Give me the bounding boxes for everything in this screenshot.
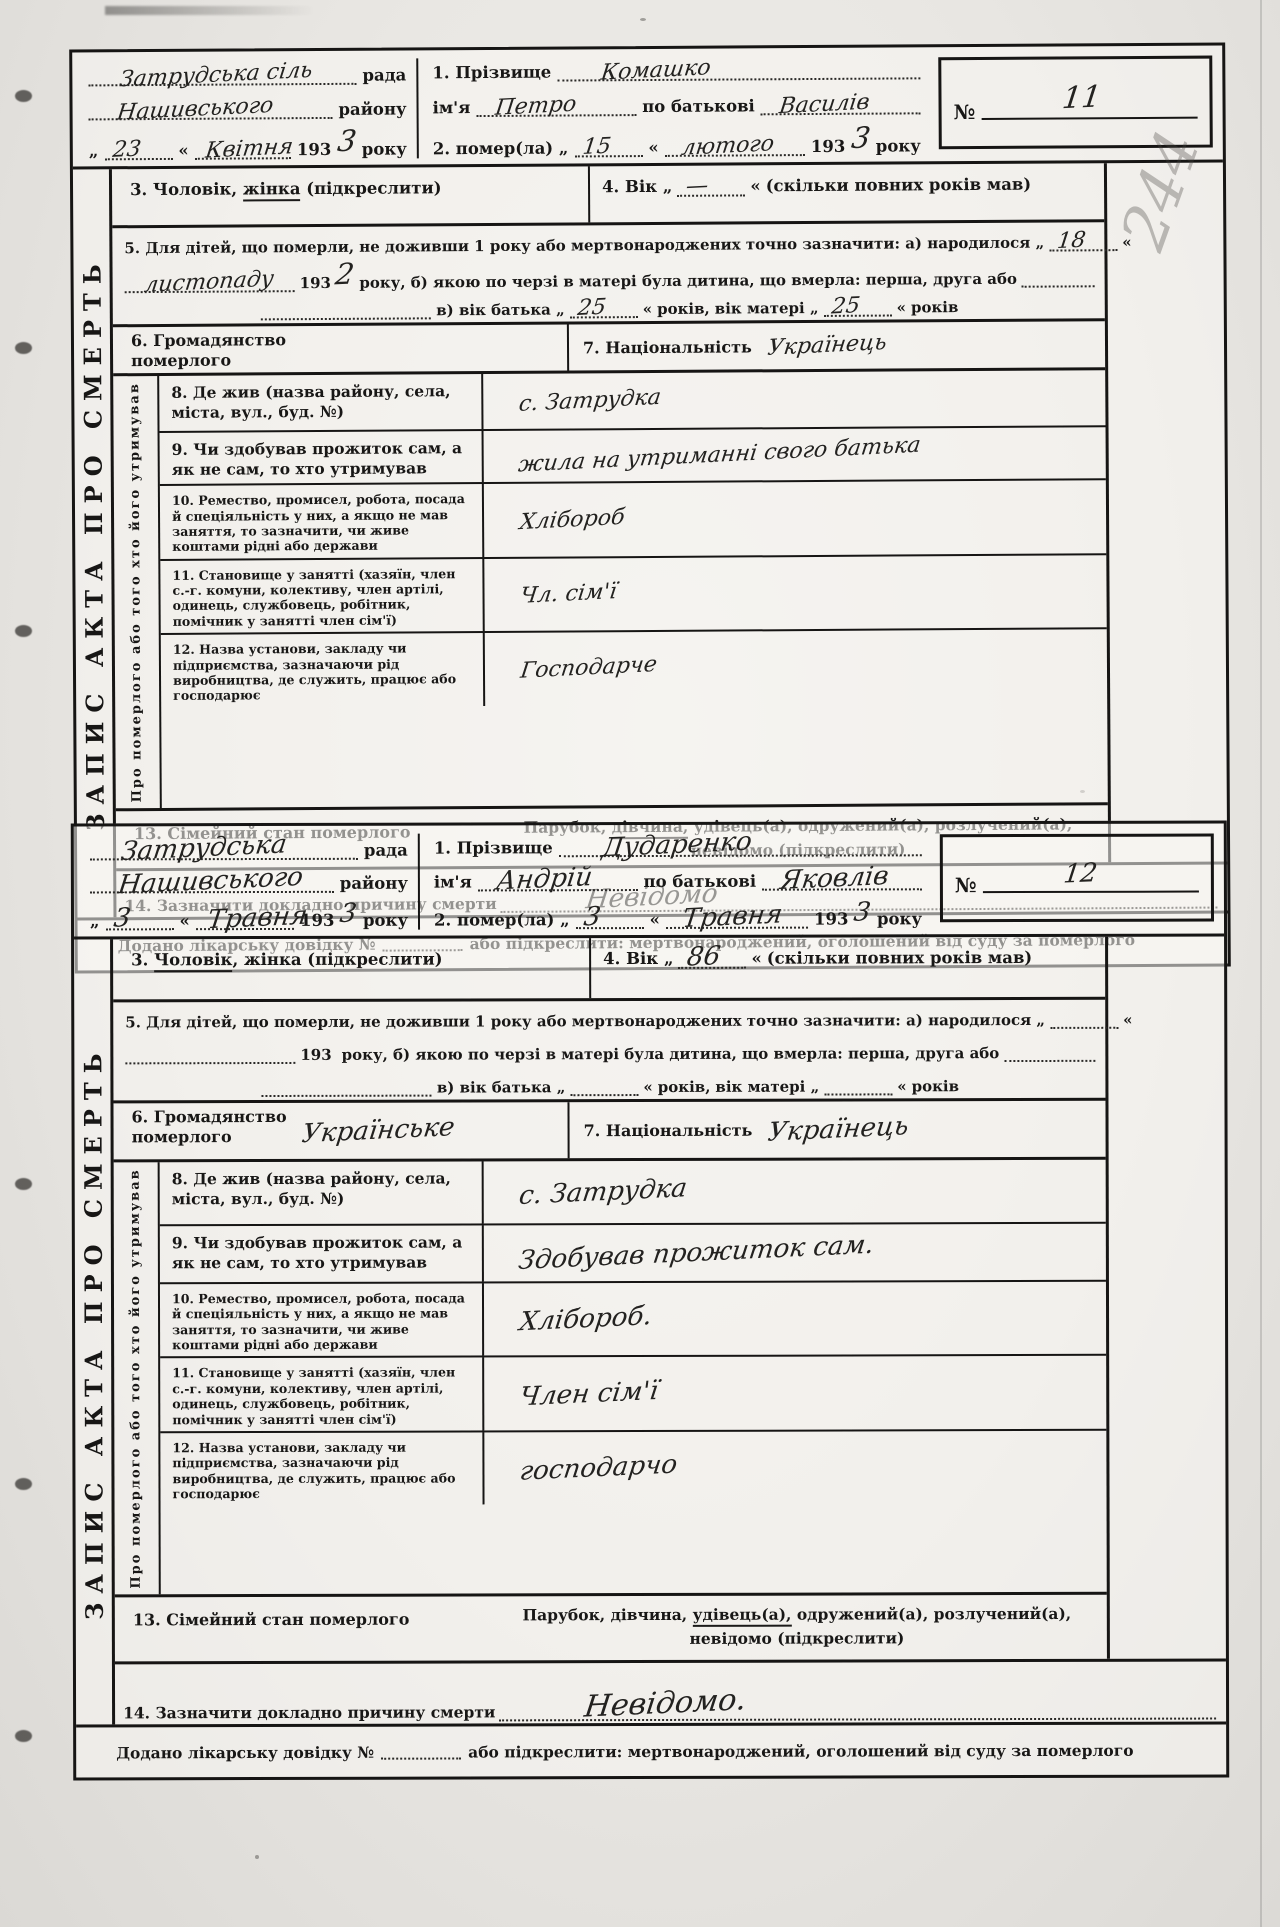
age-value: — [684, 175, 709, 198]
death-day-value: 15 [581, 136, 612, 159]
nationality-label: 7. Національність [584, 1120, 753, 1139]
record-number-box: № 11 [938, 56, 1213, 150]
sex-underlined: жінка [243, 179, 301, 201]
quote-close: « [643, 300, 652, 318]
birth-order-blank [1022, 265, 1095, 287]
citizenship-cell: 6. Громадянство померлого Українське [113, 1102, 569, 1159]
number-label: № [955, 873, 977, 897]
infant-line1: 5. Для дітей, що померли, не доживши 1 р… [125, 1007, 1095, 1032]
institution-value: Господарче [519, 654, 658, 683]
institution-label-text: 12. Назва установи, закладу чи підприємс… [172, 1440, 455, 1502]
form-upper: 3. Чоловік, жінка (підкреслити) 4. Вік „… [112, 162, 1227, 871]
rayon-value: Нашивського [116, 94, 275, 124]
infant-line3: в) вік батька „ 25 « років, вік матері „… [125, 293, 1095, 321]
rayon-line: Нашивського району [88, 96, 406, 120]
side-subtitle: Про померлого або того хто його утримува… [127, 382, 146, 802]
record-number-box: № 12 [940, 834, 1214, 923]
row-position: 11. Становище у занятті (хазяїн, член с.… [160, 1356, 1106, 1433]
number-value: 11 [1060, 82, 1102, 114]
nationality-value: Українець [766, 332, 888, 360]
quote-close: « [751, 949, 761, 968]
hole-punch [15, 342, 32, 354]
quote-close: « [897, 1077, 906, 1095]
firstname-blank: Петро [476, 94, 636, 117]
rada-label: рада [362, 65, 406, 84]
residence-label: 8. Де жив (назва району, села, міста, ву… [159, 374, 483, 431]
form-body: ЗАПИС АКТА ПРО СМЕРТЬ 3. Чоловік, жінка … [74, 936, 1226, 1724]
hole-punch [15, 1478, 32, 1490]
position-label-text: 11. Становище у занятті (хазяїн, член с.… [172, 566, 455, 629]
occupation-label: 10. Ремество, промисел, робота, посада й… [160, 484, 484, 558]
firstname-patronymic-line: ім'я Петро по батькові Василів [432, 92, 920, 117]
death-date-line: 2. помер(ла) „ 3 « Травня 193 3 року [434, 902, 922, 929]
rokiv-label: років, [657, 300, 710, 318]
number-line [982, 117, 1198, 120]
position-value: Член сім'ї [518, 1378, 660, 1410]
rada-value: Затрудська сіль [118, 60, 313, 92]
born-day-blank [1050, 1007, 1118, 1029]
patronymic-label: по батькові [642, 96, 755, 116]
sex-cell: 3. Чоловік, жінка (підкреслити) [112, 166, 590, 225]
infant-line2: 193 року, б) якою по черзі в матері була… [125, 1040, 1095, 1065]
block-deceased-details: Про померлого або того хто його утримува… [113, 370, 1108, 811]
registration-date-line: „ 23 « Квітня 193 3 року [89, 129, 407, 160]
detail-rows: 8. Де жив (назва району, села, міста, ву… [159, 370, 1108, 808]
roku-label: року [363, 911, 408, 930]
nationality-cell: 7. Національність Українець [569, 1101, 1105, 1158]
row-institution: 12. Назва установи, закладу чи підприємс… [160, 1431, 1106, 1506]
sex-underlined: Чоловік [154, 950, 232, 972]
row-sex-age: 3. Чоловік, жінка (підкреслити) 4. Вік „… [112, 163, 1104, 228]
surname-line: 1. Прізвище Комашко [432, 57, 920, 82]
infant-line2: листопаду 193 2 року, б) якою по черзі в… [124, 258, 1094, 293]
residence-value: с. Затрудка [517, 1175, 688, 1209]
certificate-number-blank [381, 1744, 461, 1760]
rada-blank: Затрудська сіль [88, 63, 356, 87]
side-subtitle: Про померлого або того хто його утримува… [127, 1168, 145, 1588]
year-193-label: 193 [300, 273, 331, 291]
infant-line1: 5. Для дітей, що померли, не доживши 1 р… [124, 229, 1094, 257]
nationality-label: 7. Національність [583, 337, 752, 357]
roku-label: року [877, 909, 922, 928]
mother-age-blank: 25 [823, 295, 891, 317]
occupation-label: 10. Ремество, промисел, робота, посада й… [160, 1283, 484, 1356]
institution-label: 12. Назва установи, закладу чи підприємс… [160, 1432, 484, 1505]
cause-label: 14. Зазначити докладно причину смерти [123, 1703, 495, 1723]
quote-close: « [178, 141, 188, 160]
surname-label: 1. Прізвище [432, 63, 551, 83]
row-marital-status: 13. Сімейний стан померлого Парубок, дів… [115, 1595, 1107, 1662]
position-value-cell: Член сім'ї [484, 1356, 1106, 1430]
death-date-label: 2. помер(ла) „ [434, 910, 570, 929]
mother-age-label: вік матері „ [715, 299, 819, 318]
form-header: Затрудська рада Нашивського району „ 3 «… [74, 823, 1224, 939]
occupation-value-cell: Хлібороб [484, 480, 1106, 556]
livelihood-label-text: 9. Чи здобував прожиток сам, а як не сам… [172, 438, 463, 479]
quote-close: « [643, 1078, 652, 1096]
right-margin-column [1104, 162, 1227, 862]
rada-value: Затрудська [120, 831, 289, 865]
header-registration-block: Затрудська сіль рада Нашивського району … [72, 58, 419, 160]
reg-month-blank: Травня [196, 908, 294, 930]
age-hint-label: (скільки повних років мав) [766, 175, 1032, 196]
residence-label-text: 8. Де жив (назва району, села, міста, ву… [172, 1169, 451, 1209]
form-rows: 3. Чоловік, жінка (підкреслити) 4. Вік „… [113, 937, 1107, 1662]
paper-speck [255, 1855, 259, 1859]
father-age-label: в) вік батька „ [437, 1078, 566, 1096]
reg-day-blank: 3 [105, 908, 173, 930]
reg-month-value: Травня [206, 903, 309, 934]
firstname-blank: Андрій [478, 869, 638, 891]
rayon-label: району [338, 99, 406, 118]
marital-label: 13. Сімейний стан померлого [115, 1597, 487, 1662]
occupation-value: Хлібороб [518, 506, 626, 533]
livelihood-value-cell: жила на утриманні свого батька [484, 427, 1106, 482]
infant-label-2: року, б) якою по черзі в матері була дит… [342, 1044, 1000, 1064]
infant-label-1: 5. Для дітей, що померли, не доживши 1 р… [125, 1011, 1045, 1031]
roku-label: року [876, 136, 921, 155]
nationality-value: Українець [766, 1113, 910, 1145]
death-act-form: Затрудська рада Нашивського району „ 3 «… [71, 820, 1230, 1780]
occupation-label-text: 10. Ремество, промисел, робота, посада й… [172, 1290, 465, 1352]
position-value: Чл. сім'ї [519, 581, 618, 608]
form-body: ЗАПИС АКТА ПРО СМЕРТЬ 3. Чоловік, жінка … [73, 162, 1228, 917]
firstname-label: ім'я [434, 872, 472, 891]
citizenship-label-line2: померлого [131, 350, 286, 371]
citizenship-label-line2: померлого [132, 1127, 287, 1147]
cause-blank: Невідомо. [499, 1696, 1216, 1722]
year-193-label: 193 [300, 1046, 331, 1064]
reg-month-blank: Квітня [195, 137, 291, 160]
firstname-patronymic-line: ім'я Андрій по батькові Яковлів [434, 868, 922, 891]
reg-day-value: 3 [112, 905, 132, 932]
row-occupation: 10. Ремество, промисел, робота, посада й… [160, 480, 1106, 560]
scan-smudge [105, 6, 405, 15]
surname-value: Дударенко [600, 829, 753, 862]
rada-line: Затрудська сіль рада [88, 62, 406, 86]
patronymic-label: по батькові [644, 872, 757, 891]
born-day-blank: 18 [1049, 229, 1117, 251]
row-institution: 12. Назва установи, закладу чи підприємс… [161, 629, 1107, 707]
reg-day-value: 23 [111, 138, 142, 161]
row-cause-of-death: 14. Зазначити докладно причину смерти Не… [115, 1662, 1226, 1725]
citizenship-cell: 6. Громадянство померлого [113, 324, 569, 373]
residence-value-cell: с. Затрудка [483, 370, 1105, 429]
livelihood-label: 9. Чи здобував прожиток сам, а як не сам… [160, 1225, 484, 1282]
surname-blank: Комашко [557, 57, 920, 81]
quote-close: « [750, 176, 760, 195]
father-age-label: в) вік батька „ [436, 301, 565, 320]
livelihood-value: жила на утриманні свого батька [517, 434, 922, 476]
death-month-blank: лютого [665, 134, 805, 157]
hole-punch [15, 1178, 32, 1190]
institution-label: 12. Назва установи, закладу чи підприємс… [161, 633, 485, 707]
sex-label-after: (підкреслити) [300, 178, 441, 198]
row-livelihood: 9. Чи здобував прожиток сам, а як не сам… [160, 427, 1106, 486]
residence-label: 8. Де жив (назва району, села, міста, ву… [160, 1161, 484, 1224]
year-193-label: 193 [811, 137, 846, 156]
infant-label-1: 5. Для дітей, що померли, не доживши 1 р… [124, 234, 1044, 258]
livelihood-label-text: 9. Чи здобував прожиток сам, а як не сам… [172, 1232, 462, 1272]
quote-open: „ [90, 911, 100, 930]
row-infant-details: 5. Для дітей, що померли, не доживши 1 р… [112, 222, 1105, 327]
quote-close: « [897, 298, 906, 316]
row-infant-details: 5. Для дітей, що померли, не доживши 1 р… [113, 1000, 1105, 1104]
row-position: 11. Становище у занятті (хазяїн, член с.… [160, 555, 1106, 635]
age-blank: 86 [678, 949, 746, 969]
sex-cell: 3. Чоловік, жінка (підкреслити) [113, 938, 591, 999]
marital-line2: невідомо (підкреслити) [495, 1626, 1099, 1652]
institution-value: господарчо [518, 1452, 679, 1485]
born-year-digit: 2 [334, 259, 356, 289]
cause-value: Невідомо. [583, 1686, 748, 1723]
nationality-cell: 7. Національність Українець [569, 321, 1105, 370]
reg-day-blank: 23 [104, 138, 172, 160]
quote-open: „ [89, 141, 99, 160]
residence-label-text: 8. Де жив (назва району, села, міста, ву… [171, 381, 450, 422]
occupation-value: Хлібороб. [518, 1303, 654, 1335]
born-month-blank: листопаду [125, 270, 295, 293]
death-month-value: Травня [681, 902, 784, 933]
infant-label-2: року, б) якою по черзі в матері була дит… [359, 269, 1017, 291]
mother-age-blank [824, 1073, 892, 1095]
right-margin-column [1105, 936, 1226, 1659]
row-sex-age: 3. Чоловік, жінка (підкреслити) 4. Вік „… [113, 937, 1105, 1003]
sub-gutter: Про померлого або того хто його утримува… [114, 1162, 161, 1594]
row-occupation: 10. Ремество, промисел, робота, посада й… [160, 1282, 1106, 1359]
side-gutter: ЗАПИС АКТА ПРО СМЕРТЬ [74, 939, 115, 1724]
row-residence: 8. Де жив (назва району, села, міста, ву… [160, 1160, 1106, 1226]
patronymic-blank: Василів [761, 92, 921, 115]
mother-age-label: вік матері „ [715, 1078, 819, 1096]
detail-rows: 8. Де жив (назва району, села, міста, ву… [160, 1160, 1107, 1595]
born-day-value: 18 [1056, 230, 1087, 253]
form-main: 3. Чоловік, жінка (підкреслити) 4. Вік „… [113, 936, 1226, 1724]
citizenship-label: 6. Громадянство померлого [113, 326, 294, 373]
rada-blank: Затрудська [90, 838, 358, 861]
death-month-value: лютого [680, 133, 775, 160]
rokiv-label: років [911, 298, 959, 316]
position-label-text: 11. Становище у занятті (хазяїн, член с.… [172, 1365, 455, 1427]
side-title: ЗАПИС АКТА ПРО СМЕРТЬ [77, 256, 110, 832]
row-livelihood: 9. Чи здобував прожиток сам, а як не сам… [160, 1224, 1106, 1284]
age-cell: 4. Вік „ — « (скільки повних років мав) [590, 163, 1104, 222]
reg-year-digit: 3 [335, 126, 357, 156]
sub-gutter: Про померлого або того хто його утримува… [113, 376, 162, 809]
quote-close: « [648, 138, 658, 157]
death-date-label: 2. помер(ла) „ [433, 138, 569, 158]
scanned-page: 244 Затрудська сіль рада Нашивського рай… [0, 0, 1280, 1927]
surname-label: 1. Прізвище [434, 838, 553, 857]
age-cell: 4. Вік „ 86 « (скільки повних років мав) [591, 937, 1105, 998]
number-label: № [954, 100, 976, 124]
rada-line: Затрудська рада [90, 838, 408, 861]
citizenship-value-cell: Українське [295, 1102, 568, 1159]
block-deceased-details: Про померлого або того хто його утримува… [114, 1160, 1107, 1598]
livelihood-value-cell: Здобував прожиток сам. [484, 1224, 1106, 1282]
side-title: ЗАПИС АКТА ПРО СМЕРТЬ [78, 1044, 109, 1620]
firstname-value: Петро [494, 93, 578, 119]
lead-blank [262, 1075, 432, 1097]
position-label: 11. Становище у занятті (хазяїн, член с.… [160, 559, 484, 633]
death-month-blank: Травня [666, 907, 808, 929]
header-registration-block: Затрудська рада Нашивського району „ 3 «… [74, 834, 420, 931]
patronymic-value: Василів [778, 91, 871, 117]
death-day-value: 3 [582, 904, 602, 931]
hole-punch [15, 90, 32, 102]
marital-before: Парубок, дівчина, [522, 1605, 692, 1624]
roku-label: року [362, 139, 407, 158]
year-193-label: 193 [297, 140, 332, 159]
citizenship-value-cell [294, 325, 567, 373]
death-day-blank: 15 [574, 135, 642, 157]
firstname-label: ім'я [432, 98, 470, 117]
rokiv-label: років [912, 1077, 960, 1095]
footer-label-post: або підкреслити: мертвонароджений, оголо… [468, 1741, 1134, 1762]
lead-blank [261, 297, 431, 320]
sex-label-after: , жінка (підкреслити) [232, 950, 442, 970]
rayon-line: Нашивського району [90, 871, 408, 894]
age-blank: — [677, 176, 745, 196]
rayon-blank: Нашивського [88, 96, 332, 119]
born-month-value: листопаду [143, 268, 275, 296]
age-label: 4. Вік „ [603, 949, 673, 968]
sex-label-before: 3. [131, 950, 154, 969]
row-residence: 8. Де жив (назва району, села, міста, ву… [159, 370, 1105, 433]
year-193-label: 193 [814, 909, 849, 928]
form-upper: 3. Чоловік, жінка (підкреслити) 4. Вік „… [113, 936, 1226, 1664]
institution-value-cell: Господарче [485, 629, 1107, 705]
position-value-cell: Чл. сім'ї [484, 555, 1106, 631]
reg-year-digit: 3 [339, 900, 359, 927]
side-gutter: ЗАПИС АКТА ПРО СМЕРТЬ [73, 169, 117, 918]
age-hint-label: (скільки повних років мав) [767, 948, 1033, 968]
citizenship-label: 6. Громадянство померлого [113, 1103, 294, 1159]
sex-label-before: 3. Чоловік, [130, 179, 243, 199]
quote-close: « [179, 911, 189, 930]
death-record-2: Затрудська рада Нашивського району „ 3 «… [72, 822, 1228, 1779]
form-main: 3. Чоловік, жінка (підкреслити) 4. Вік „… [112, 162, 1228, 917]
livelihood-label: 9. Чи здобував прожиток сам, а як не сам… [160, 431, 484, 484]
quote-close: « [650, 910, 660, 929]
occupation-label-text: 10. Ремество, промисел, робота, посада й… [172, 491, 465, 554]
form-header: Затрудська сіль рада Нашивського району … [72, 45, 1223, 169]
rokiv-label: років, [658, 1078, 711, 1096]
hole-punch [15, 625, 32, 637]
form-footer: Додано лікарську довідку № або підкресли… [76, 1722, 1226, 1778]
position-label: 11. Становище у занятті (хазяїн, член с.… [160, 1358, 484, 1431]
number-value: 12 [1062, 860, 1099, 888]
institution-label-text: 12. Назва установи, закладу чи підприємс… [173, 641, 456, 704]
rayon-label: району [340, 874, 408, 893]
mother-age-value: 25 [830, 295, 861, 318]
age-value: 86 [685, 943, 722, 971]
footer-label-pre: Додано лікарську довідку № [116, 1743, 374, 1763]
patronymic-value: Яковлів [779, 863, 890, 894]
death-year-digit: 3 [853, 899, 873, 926]
death-year-digit: 3 [849, 123, 871, 153]
livelihood-value: Здобував прожиток сам. [517, 1232, 875, 1274]
occupation-value-cell: Хлібороб. [484, 1282, 1106, 1356]
registration-date-line: „ 3 « Травня 193 3 року [90, 904, 408, 931]
death-day-blank: 3 [576, 907, 644, 929]
paper-speck [640, 18, 646, 21]
citizenship-label-line1: 6. Громадянство [131, 1107, 286, 1127]
scan-edge-line [1260, 0, 1262, 1927]
infant-line3: в) вік батька „ « років, вік матері „ « … [125, 1073, 1095, 1098]
surname-line: 1. Прізвище Дударенко [434, 834, 922, 857]
marital-after: одружений(а), розлучений(а), [791, 1604, 1071, 1624]
residence-value-cell: с. Затрудка [484, 1160, 1106, 1224]
hole-punch [15, 1730, 32, 1742]
born-month-blank [125, 1042, 295, 1064]
surname-value: Комашко [599, 57, 711, 84]
surname-blank: Дударенко [559, 834, 922, 857]
form-rows: 3. Чоловік, жінка (підкреслити) 4. Вік „… [112, 163, 1108, 868]
citizenship-value: Українське [300, 1114, 456, 1147]
age-label: 4. Вік „ [602, 177, 672, 196]
marital-underlined: удівець(а), [693, 1605, 792, 1627]
marital-options: Парубок, дівчина, удівець(а), одружений(… [487, 1595, 1107, 1661]
rada-label: рада [364, 841, 408, 860]
rayon-blank: Нашивського [90, 871, 334, 894]
father-age-blank: 25 [570, 296, 638, 318]
patronymic-blank: Яковлів [762, 868, 922, 890]
birth-order-blank [1004, 1040, 1095, 1062]
father-age-blank [570, 1074, 638, 1096]
reg-month-value: Квітня [204, 136, 294, 162]
firstname-value: Андрій [495, 864, 594, 894]
row-citizenship-nationality: 6. Громадянство померлого Українське 7. … [113, 1101, 1105, 1163]
citizenship-label-line1: 6. Громадянство [131, 330, 286, 351]
father-age-value: 25 [576, 297, 607, 320]
marital-label-text: 13. Сімейний стан померлого [133, 1610, 410, 1630]
residence-value: с. Затрудка [517, 386, 662, 415]
row-citizenship-nationality: 6. Громадянство померлого 7. Національні… [113, 321, 1105, 376]
number-line [983, 891, 1199, 894]
header-name-block: 1. Прізвище Дударенко ім'я Андрій по бат… [420, 832, 934, 929]
header-name-block: 1. Прізвище Комашко ім'я Петро по батько… [418, 55, 933, 158]
rayon-value: Нашивського [117, 864, 305, 898]
death-date-line: 2. помер(ла) „ 15 « лютого 193 3 року [433, 126, 921, 158]
institution-value-cell: господарчо [484, 1431, 1106, 1505]
